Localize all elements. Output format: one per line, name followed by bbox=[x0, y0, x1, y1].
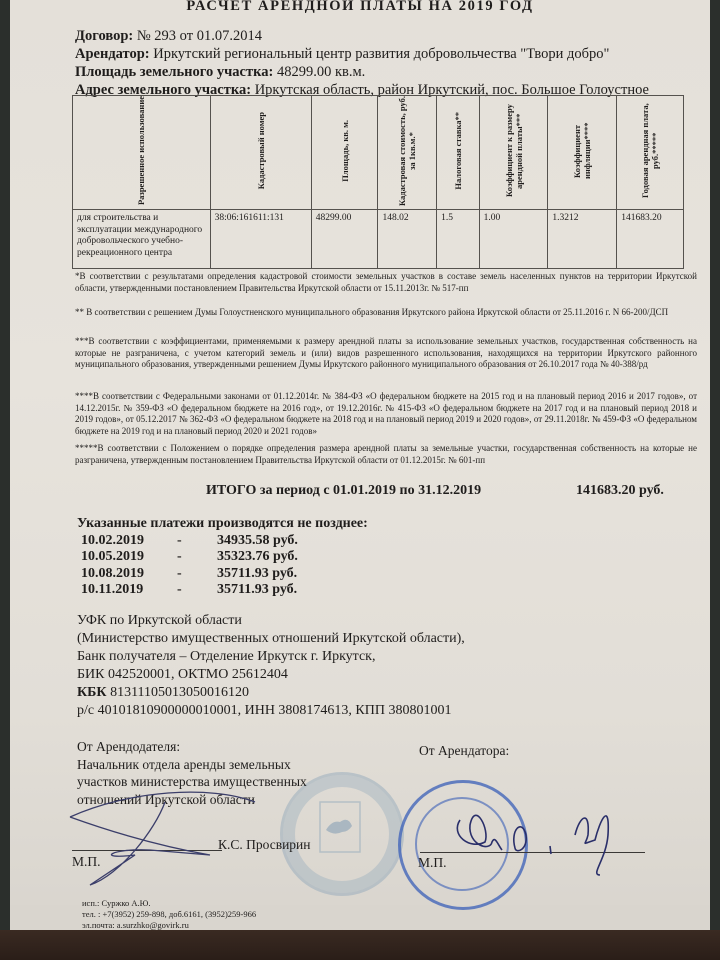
footnote-1: *В соответствии с результатами определен… bbox=[75, 271, 697, 294]
contact-phone: тел. : +7(3952) 259-898, доб.6161, (3952… bbox=[82, 909, 256, 920]
bank-kbk: КБК 81311105013050016120 bbox=[77, 684, 465, 702]
table-row: для строительства и эксплуатации междуна… bbox=[73, 210, 684, 269]
cell-cadastral-number: 38:06:161611:131 bbox=[210, 210, 311, 269]
column-header: Коэффициент к размеру арендной платы*** bbox=[479, 96, 548, 210]
column-header: Годовая арендная плата, руб.***** bbox=[617, 96, 684, 210]
contract-line: Договор: № 293 от 01.07.2014 bbox=[75, 27, 262, 45]
tenant-label: Арендатор: bbox=[75, 46, 150, 62]
payment-schedule-heading: Указанные платежи производятся не поздне… bbox=[77, 516, 368, 533]
column-header: Налоговая ставка** bbox=[437, 96, 479, 210]
payment-item: 10.08.2019-35711.93 руб. bbox=[77, 566, 368, 583]
payment-item: 10.05.2019-35323.76 руб. bbox=[77, 549, 368, 566]
contract-label: Договор: bbox=[75, 28, 133, 44]
footnote-3: ***В соответствии с коэффициентами, прим… bbox=[75, 336, 697, 371]
total-label: ИТОГО за период с 01.01.2019 по 31.12.20… bbox=[206, 483, 481, 499]
cell-permitted-use: для строительства и эксплуатации междуна… bbox=[73, 210, 211, 269]
table-header-row: Разрешенное использование Кадастровый но… bbox=[73, 96, 684, 210]
cell-inflation-coefficient: 1.3212 bbox=[548, 210, 617, 269]
document-title: РАСЧЕТ АРЕНДНОЙ ПЛАТЫ НА 2019 ГОД bbox=[0, 0, 720, 15]
cell-tax-rate: 1.5 bbox=[437, 210, 479, 269]
footnote-5: *****В соответствии с Положением о поряд… bbox=[75, 443, 697, 466]
tenant-heading: От Арендатора: bbox=[419, 742, 509, 760]
column-header: Кадастровый номер bbox=[210, 96, 311, 210]
column-header: Разрешенное использование bbox=[73, 96, 211, 210]
table-surface bbox=[0, 930, 720, 960]
landlord-heading: От Арендодателя: bbox=[77, 738, 307, 756]
bank-account: р/с 40101810900000010001, ИНН 3808174613… bbox=[77, 702, 465, 720]
cell-cadastral-value: 148.02 bbox=[378, 210, 437, 269]
payment-schedule: Указанные платежи производятся не поздне… bbox=[77, 516, 368, 599]
bank-name: Банк получателя – Отделение Иркутск г. И… bbox=[77, 648, 465, 666]
bank-details: УФК по Иркутской области (Министерство и… bbox=[77, 612, 465, 720]
area-line: Площадь земельного участка: 48299.00 кв.… bbox=[75, 63, 365, 81]
payment-item: 10.11.2019-35711.93 руб. bbox=[77, 582, 368, 599]
contact-info: исп.: Суржко А.Ю. тел. : +7(3952) 259-89… bbox=[82, 898, 256, 931]
bank-bik-oktmo: БИК 042520001, ОКТМО 25612404 bbox=[77, 666, 465, 684]
column-header: Кадастровая стоимость, руб. за 1кв.м.* bbox=[378, 96, 437, 210]
area-value: 48299.00 кв.м. bbox=[277, 64, 365, 80]
contract-value: № 293 от 01.07.2014 bbox=[137, 28, 262, 44]
contact-email: эл.почта: a.surzhko@govirk.ru bbox=[82, 920, 256, 931]
cell-annual-rent: 141683.20 bbox=[617, 210, 684, 269]
total-amount: 141683.20 руб. bbox=[576, 483, 664, 499]
payment-item: 10.02.2019-34935.58 руб. bbox=[77, 533, 368, 550]
footnote-2: ** В соответствии с решением Думы Голоус… bbox=[75, 307, 697, 319]
bank-ministry: (Министерство имущественных отношений Ир… bbox=[77, 630, 465, 648]
tenant-line: Арендатор: Иркутский региональный центр … bbox=[75, 45, 609, 63]
bank-recipient: УФК по Иркутской области bbox=[77, 612, 465, 630]
column-header: Площадь, кв. м. bbox=[311, 96, 378, 210]
landlord-position: Начальник отдела аренды земельных bbox=[77, 756, 307, 774]
column-header: Коэффициент инфляции**** bbox=[548, 96, 617, 210]
tenant-value: Иркутский региональный центр развития до… bbox=[153, 46, 609, 62]
contact-executor: исп.: Суржко А.Ю. bbox=[82, 898, 256, 909]
tenant-signature bbox=[430, 790, 670, 880]
footnote-4: ****В соответствии с Федеральными закона… bbox=[75, 391, 697, 437]
landlord-signature bbox=[50, 780, 270, 910]
cell-rent-coefficient: 1.00 bbox=[479, 210, 548, 269]
rent-calculation-table: Разрешенное использование Кадастровый но… bbox=[72, 95, 684, 269]
area-label: Площадь земельного участка: bbox=[75, 64, 273, 80]
cell-area: 48299.00 bbox=[311, 210, 378, 269]
